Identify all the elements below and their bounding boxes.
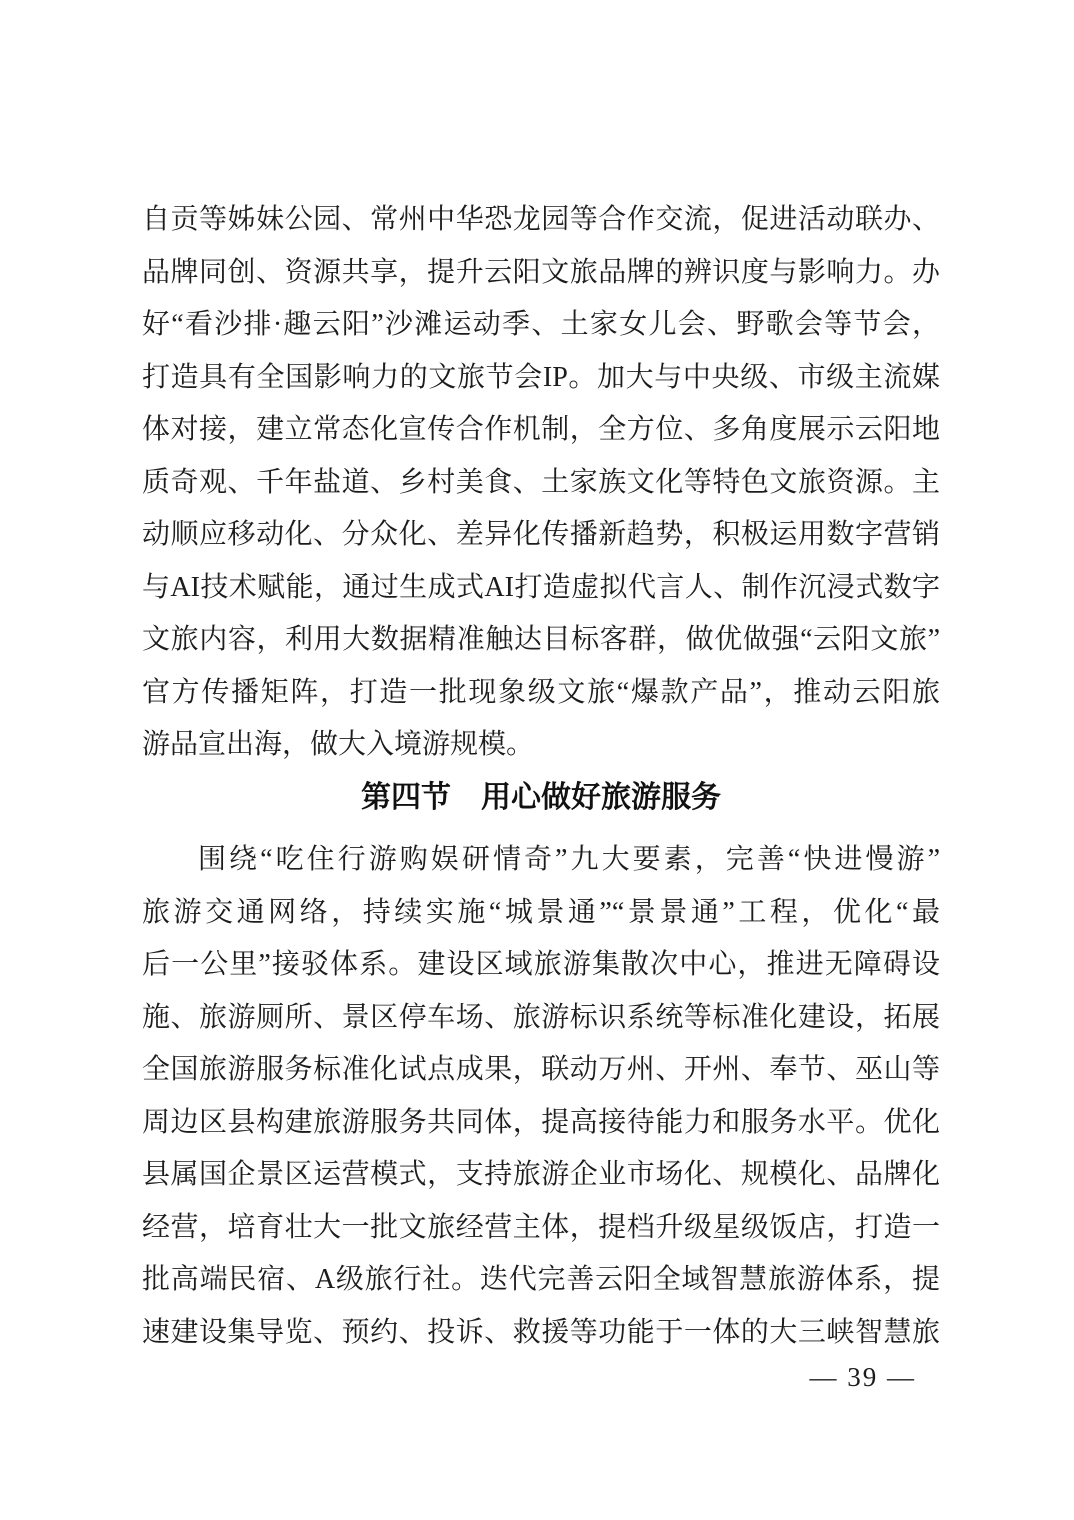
section-heading: 第四节 用心做好旅游服务 xyxy=(142,772,940,825)
body-text-line: 速建设集导览、预约、投诉、救援等功能于一体的大三峡智慧旅 xyxy=(142,1307,940,1360)
body-text-line: 体对接，建立常态化宣传合作机制，全方位、多角度展示云阳地 xyxy=(142,404,940,457)
body-text-line: 县属国企景区运营模式，支持旅游企业市场化、规模化、品牌化 xyxy=(142,1149,940,1202)
body-text-line: 游品宣出海，做大入境游规模。 xyxy=(142,719,940,772)
body-text-line: 批高端民宿、A级旅行社。迭代完善云阳全域智慧旅游体系，提 xyxy=(142,1254,940,1307)
body-text-line: 质奇观、千年盐道、乡村美食、土家族文化等特色文旅资源。主 xyxy=(142,457,940,510)
body-text-line: 施、旅游厕所、景区停车场、旅游标识系统等标准化建设，拓展 xyxy=(142,992,940,1045)
body-text-line: 旅游交通网络，持续实施“城景通”“景景通”工程，优化“最 xyxy=(142,887,940,940)
body-text-line: 品牌同创、资源共享，提升云阳文旅品牌的辨识度与影响力。办 xyxy=(142,247,940,300)
body-text-line: 周边区县构建旅游服务共同体，提高接待能力和服务水平。优化 xyxy=(142,1097,940,1150)
body-text-line: 官方传播矩阵，打造一批现象级文旅“爆款产品”，推动云阳旅 xyxy=(142,667,940,720)
body-text-line: 与AI技术赋能，通过生成式AI打造虚拟代言人、制作沉浸式数字 xyxy=(142,562,940,615)
body-text-line: 自贡等姊妹公园、常州中华恐龙园等合作交流，促进活动联办、 xyxy=(142,194,940,247)
body-text-line: 文旅内容，利用大数据精准触达目标客群，做优做强“云阳文旅” xyxy=(142,614,940,667)
body-text-line: 打造具有全国影响力的文旅节会IP。加大与中央级、市级主流媒 xyxy=(142,352,940,405)
page-body: 自贡等姊妹公园、常州中华恐龙园等合作交流，促进活动联办、 品牌同创、资源共享，提… xyxy=(142,194,940,1359)
body-text-line: 经营，培育壮大一批文旅经营主体，提档升级星级饭店，打造一 xyxy=(142,1202,940,1255)
body-text-line: 全国旅游服务标准化试点成果，联动万州、开州、奉节、巫山等 xyxy=(142,1044,940,1097)
body-text-line: 好“看沙排·趣云阳”沙滩运动季、土家女儿会、野歌会等节会， xyxy=(142,299,940,352)
body-text-line: 动顺应移动化、分众化、差异化传播新趋势，积极运用数字营销 xyxy=(142,509,940,562)
document-page: 自贡等姊妹公园、常州中华恐龙园等合作交流，促进活动联办、 品牌同创、资源共享，提… xyxy=(0,0,1074,1520)
page-number: — 39 — xyxy=(810,1354,917,1400)
body-text-line: 后一公里”接驳体系。建设区域旅游集散次中心，推进无障碍设 xyxy=(142,939,940,992)
body-text-line: 围绕“吃住行游购娱研情奇”九大要素，完善“快进慢游” xyxy=(142,834,940,887)
